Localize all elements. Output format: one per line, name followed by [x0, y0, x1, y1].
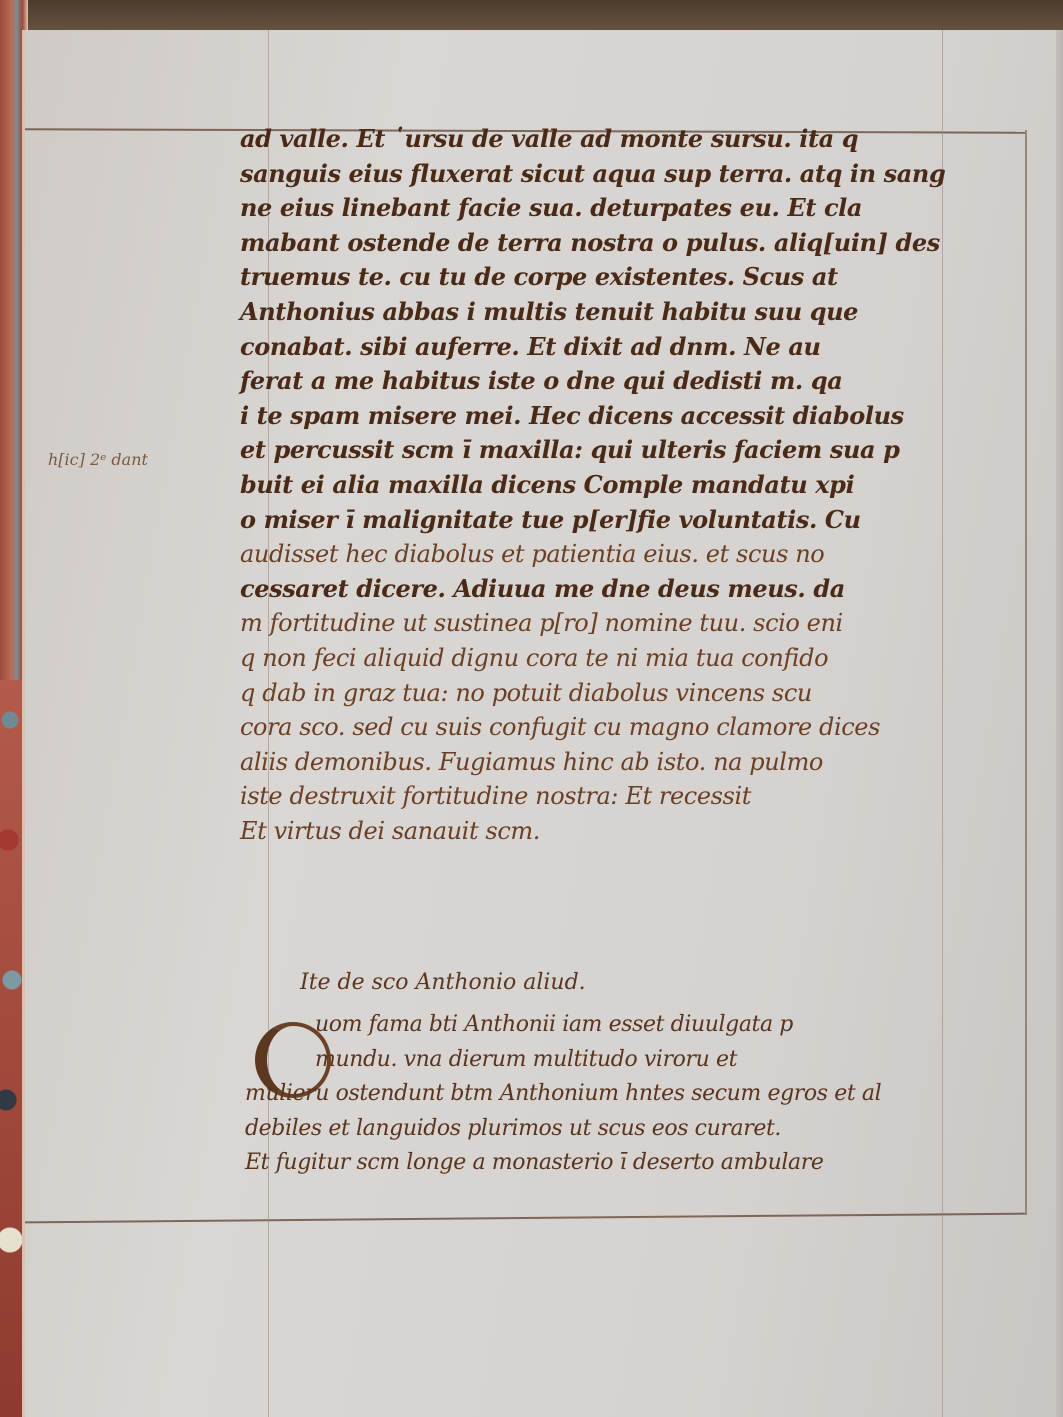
text-line: Anthonius abbas i multis tenuit habitu s… — [240, 295, 960, 330]
text-line: cessaret dicere. Adiuua me dne deus meus… — [240, 572, 960, 607]
text-line: buit ei alia maxilla dicens Comple manda… — [240, 468, 960, 503]
text-line: et percussit scm ī maxilla: qui ulteris … — [240, 433, 960, 468]
main-text-block: ad valle. Et ῾ursu de valle ad monte sur… — [240, 122, 960, 848]
bottom-frame-ruling — [25, 1213, 1025, 1224]
text-line: ne eius linebant facie sua. deturpates e… — [240, 191, 960, 226]
text-line: Et fugitur scm longe a monasterio ī dese… — [245, 1146, 985, 1181]
text-line: mulieru ostendunt btm Anthonium hntes se… — [245, 1077, 985, 1112]
section-rubric: Ite de sco Anthonio aliud. — [300, 970, 586, 995]
text-line: i te spam misere mei. Hec dicens accessi… — [240, 399, 960, 434]
text-line: conabat. sibi auferre. Et dixit ad dnm. … — [240, 330, 960, 365]
text-line: q dab in graz tua: no potuit diabolus vi… — [240, 676, 960, 711]
text-line: truemus te. cu tu de corpe existentes. S… — [240, 260, 960, 295]
textile-background-pattern — [0, 680, 22, 1417]
second-section-text: uom fama bti Anthonii iam esset diuulgat… — [245, 1008, 985, 1181]
text-line: mundu. vna dierum multitudo viroru et — [245, 1043, 985, 1078]
text-line: ad valle. Et ῾ursu de valle ad monte sur… — [240, 122, 960, 157]
text-line: aliis demonibus. Fugiamus hinc ab isto. … — [240, 745, 960, 780]
top-shadow-background — [0, 0, 1063, 34]
text-line: Et virtus dei sanauit scm. — [240, 814, 960, 849]
text-line: q non feci aliquid dignu cora te ni mia … — [240, 641, 960, 676]
text-line: sanguis eius fluxerat sicut aqua sup ter… — [240, 157, 960, 192]
text-line: o miser ī malignitate tue p[er]fie volun… — [240, 503, 960, 538]
text-line: cora sco. sed cu suis confugit cu magno … — [240, 710, 960, 745]
text-line: uom fama bti Anthonii iam esset diuulgat… — [245, 1008, 985, 1043]
page-edge — [1056, 30, 1063, 1417]
text-line: ferat a me habitus iste o dne qui dedist… — [240, 364, 960, 399]
right-frame-ruling — [1025, 130, 1027, 1215]
text-line: iste destruxit fortitudine nostra: Et re… — [240, 779, 960, 814]
text-line: debiles et languidos plurimos ut scus eo… — [245, 1112, 985, 1147]
margin-annotation: h[ic] 2ᵉ dant — [48, 450, 148, 469]
text-line: mabant ostende de terra nostra o pulus. … — [240, 226, 960, 261]
text-line: audisset hec diabolus et patientia eius.… — [240, 537, 960, 572]
text-line: m fortitudine ut sustinea p[ro] nomine t… — [240, 606, 960, 641]
